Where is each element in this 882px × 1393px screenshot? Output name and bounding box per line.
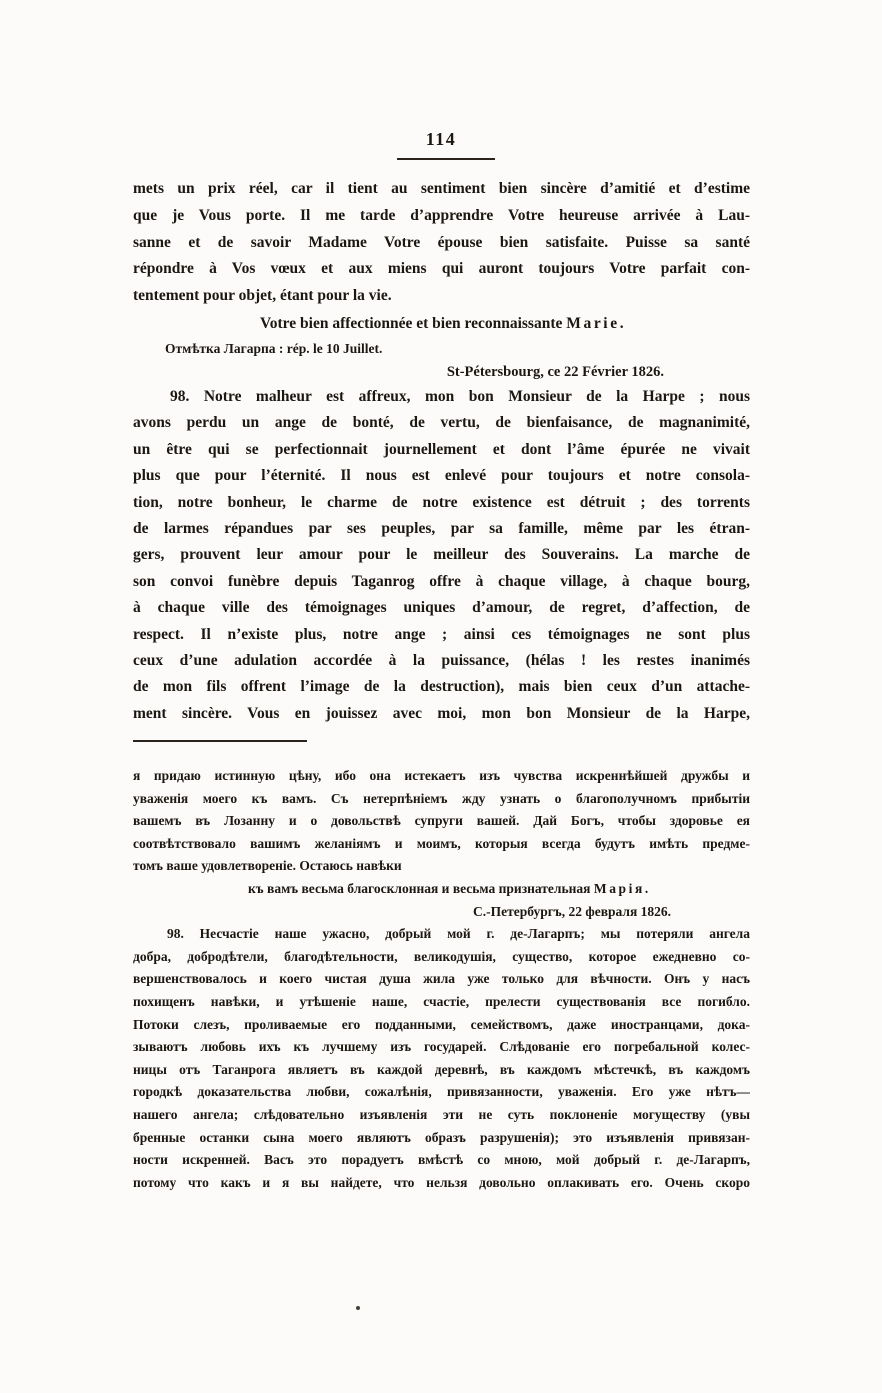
text-line: городкѣ доказательства любви, сожалѣнія,… [133, 1081, 750, 1104]
text-line: ности искренней. Васъ это порадуетъ вмѣс… [133, 1149, 750, 1172]
editor-margin-note: Отмѣтка Лагарпа : rép. le 10 Juillet. [133, 339, 750, 359]
text-line: зываютъ любовь ихъ къ лучшему изъ госуда… [133, 1036, 750, 1059]
letterspaced-name: Marie. [566, 315, 626, 332]
footnote-separator-rule [133, 740, 307, 742]
text-line: gers, prouvent leur amour pour le meille… [133, 542, 750, 568]
text-line: ceux d’une adulation accordée à la puiss… [133, 648, 750, 674]
french-letter-98-paragraph: 98. Notre malheur est affreux, mon bon M… [133, 384, 750, 727]
text-line: ницы отъ Таганрога являетъ въ каждой дер… [133, 1059, 750, 1082]
bold-lead-text: Отмѣтка Лагарпа [165, 341, 276, 356]
text-line: de larmes répandues par ses peuples, par… [133, 516, 750, 542]
letterspaced-name: Марія. [594, 881, 651, 896]
french-dateline: St-Pétersbourg, ce 22 Février 1826. [133, 361, 750, 383]
text-line: добра, добродѣтели, благодѣтельности, ве… [133, 946, 750, 969]
text-line: tion, notre bonheur, le charme de notre … [133, 490, 750, 516]
text-line: de mon fils offrent l’image de la destru… [133, 674, 750, 700]
text-line: похищенъ навѣки, и утѣшеніе наше, счасті… [133, 991, 750, 1014]
text-line: ment sincère. Vous en jouissez avec moi,… [133, 701, 750, 727]
text-line: sanne et de savoir Madame Votre épouse b… [133, 230, 750, 257]
text-line: нашего ангела; слѣдовательно изъявленія … [133, 1104, 750, 1127]
text-line: répondre à Vos vœux et aux miens qui aur… [133, 256, 750, 283]
text-line: 98. Несчастіе наше ужасно, добрый мой г.… [133, 923, 750, 946]
scan-artifact-dot [356, 1306, 360, 1310]
text-line: mets un prix réel, car il tient au senti… [133, 176, 750, 203]
text-line: un être qui se perfectionnait journellem… [133, 437, 750, 463]
text-line: avons perdu un ange de bonté, de vertu, … [133, 410, 750, 436]
russian-translation-footnote: я придаю истинную цѣну, ибо она истекает… [133, 765, 750, 1194]
french-paragraph-continuation: mets un prix réel, car il tient au senti… [133, 176, 750, 310]
text-line: С.-Петербургъ, 22 февраля 1826. [133, 901, 750, 924]
page-number-rule [397, 158, 495, 160]
text-line: son convoi funèbre depuis Taganrog offre… [133, 569, 750, 595]
text-line: plus que pour l’éternité. Il nous est en… [133, 463, 750, 489]
text-line: я придаю истинную цѣну, ибо она истекает… [133, 765, 750, 788]
french-signature-line: Votre bien affectionnée et bien reconnai… [133, 311, 750, 337]
text-line: вашемъ въ Лозанну и о довольствѣ супруги… [133, 810, 750, 833]
text-line: вершенствовалось и коего чистая душа жил… [133, 968, 750, 991]
text-line: 98. Notre malheur est affreux, mon bon M… [133, 384, 750, 410]
text-line: бренные останки сына моего являютъ образ… [133, 1127, 750, 1150]
text-line: томъ ваше удовлетвореніе. Остаюсь навѣки [133, 855, 750, 878]
text-line: respect. Il n’existe plus, notre ange ; … [133, 622, 750, 648]
scanned-book-page: 114 mets un prix réel, car il tient au s… [0, 0, 882, 1393]
text-line: à chaque ville des témoignages uniques d… [133, 595, 750, 621]
text-line: tentement pour objet, étant pour la vie. [133, 283, 750, 310]
text-line: потому что какъ и я вы найдете, что нель… [133, 1172, 750, 1195]
text-line: Потоки слезъ, проливаемые его подданными… [133, 1014, 750, 1037]
page-number: 114 [0, 129, 882, 150]
text-line: къ вамъ весьма благосклонная и весьма пр… [133, 878, 750, 901]
text-line: Votre bien affectionnée et bien reconnai… [260, 311, 750, 337]
text-line: соотвѣтствовало вашимъ желаніямъ и моимъ… [133, 833, 750, 856]
text-line: уваженія моего къ вамъ. Съ нетерпѣніемъ … [133, 788, 750, 811]
text-line: que je Vous porte. Il me tarde d’apprend… [133, 203, 750, 230]
text-line: St-Pétersbourg, ce 22 Février 1826. [133, 361, 664, 383]
text-line: Отмѣтка Лагарпа : rép. le 10 Juillet. [165, 339, 750, 359]
